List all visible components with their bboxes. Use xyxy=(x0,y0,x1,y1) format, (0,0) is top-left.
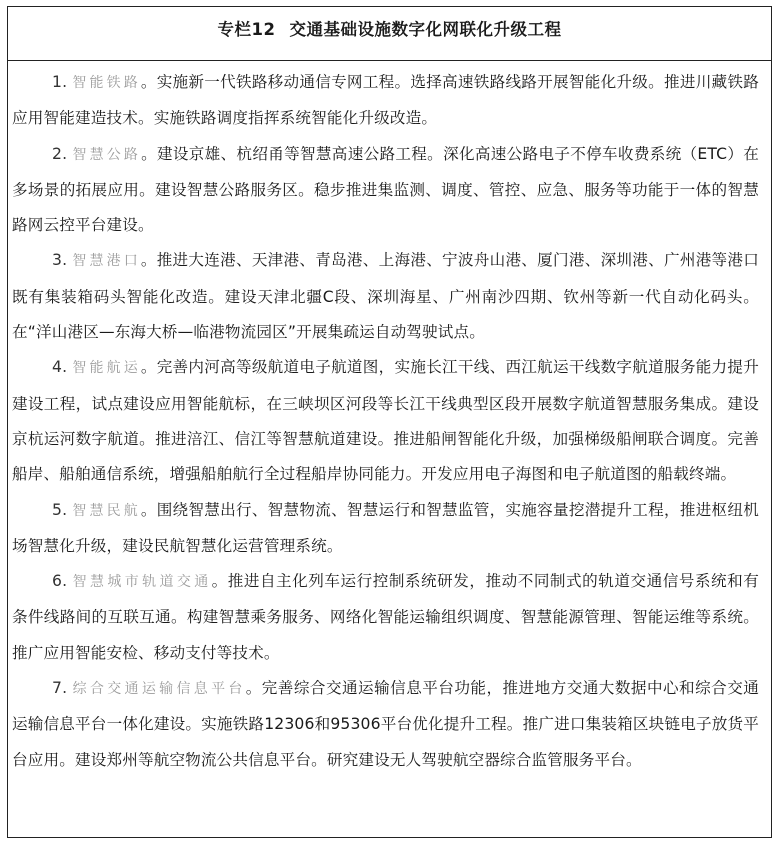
box-content: 1. 智能铁路。实施新一代铁路移动通信专网工程。选择高速铁路线路开展智能化升级。… xyxy=(8,61,771,778)
box-number: 专栏12 xyxy=(218,20,276,39)
item-keyword: 智慧港口 xyxy=(72,253,140,269)
feature-box: 专栏12交通基础设施数字化网联化升级工程 1. 智能铁路。实施新一代铁路移动通信… xyxy=(7,6,772,838)
item-index: 1. xyxy=(52,73,67,91)
item-index: 5. xyxy=(52,501,67,519)
box-title: 专栏12交通基础设施数字化网联化升级工程 xyxy=(218,20,562,39)
item-keyword: 智慧城市轨道交通 xyxy=(73,574,212,590)
box-header: 专栏12交通基础设施数字化网联化升级工程 xyxy=(8,7,771,61)
item-index: 4. xyxy=(52,358,67,376)
list-item-6: 6. 智慧城市轨道交通。推进自主化列车运行控制系统研发，推动不同制式的轨道交通信… xyxy=(12,564,759,671)
item-keyword: 综合交通运输信息平台 xyxy=(73,681,246,697)
item-keyword: 智慧民航 xyxy=(72,503,140,519)
list-item-3: 3. 智慧港口。推进大连港、天津港、青岛港、上海港、宁波舟山港、厦门港、深圳港、… xyxy=(12,243,759,350)
item-index: 6. xyxy=(52,572,67,590)
item-index: 3. xyxy=(52,251,67,269)
item-body: 。完善内河高等级航道电子航道图，实施长江干线、西江航运干线数字航道服务能力提升建… xyxy=(12,358,759,483)
item-keyword: 智能铁路 xyxy=(72,75,140,91)
list-item-1: 1. 智能铁路。实施新一代铁路移动通信专网工程。选择高速铁路线路开展智能化升级。… xyxy=(12,65,759,137)
item-keyword: 智能航运 xyxy=(72,360,140,376)
item-index: 2. xyxy=(52,145,67,163)
box-title-text: 交通基础设施数字化网联化升级工程 xyxy=(289,20,561,39)
list-item-2: 2. 智慧公路。建设京雄、杭绍甬等智慧高速公路工程。深化高速公路电子不停车收费系… xyxy=(12,137,759,244)
item-index: 7. xyxy=(52,679,67,697)
list-item-4: 4. 智能航运。完善内河高等级航道电子航道图，实施长江干线、西江航运干线数字航道… xyxy=(12,350,759,492)
list-item-7: 7. 综合交通运输信息平台。完善综合交通运输信息平台功能，推进地方交通大数据中心… xyxy=(12,671,759,778)
item-keyword: 智慧公路 xyxy=(72,147,141,163)
list-item-5: 5. 智慧民航。围绕智慧出行、智慧物流、智慧运行和智慧监管，实施容量挖潜提升工程… xyxy=(12,493,759,565)
